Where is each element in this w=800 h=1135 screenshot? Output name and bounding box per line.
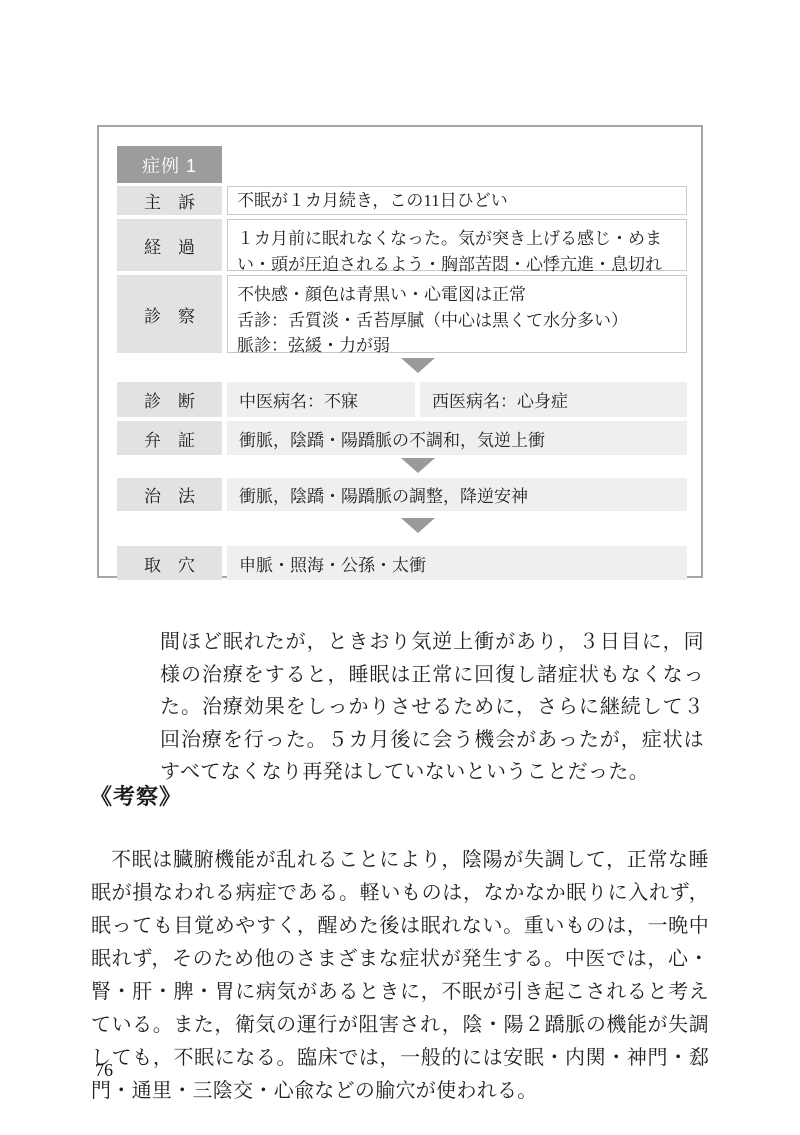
case-table: 症例 1 主 訴 不眠が１カ月続き，この11日ひどい 経 過 １カ月前に眠れなく… [97,125,703,578]
row-chief-complaint: 主 訴 不眠が１カ月続き，この11日ひどい [117,186,687,215]
row-label-pattern-identification: 弁 証 [117,421,222,455]
row-diagnosis: 診 断 中医病名：不寐 西医病名：心身症 [117,382,687,417]
diagnosis-tcm-cell: 中医病名：不寐 [227,382,415,417]
down-arrow-icon [401,518,435,533]
flow-arrow-1 [117,358,687,382]
row-content-selected-points: 申脈・照海・公孫・太衝 [227,546,687,580]
book-page: 症例 1 主 訴 不眠が１カ月続き，この11日ひどい 経 過 １カ月前に眠れなく… [0,0,800,1135]
flow-arrow-2 [117,458,687,478]
examination-line-1: 不快感・顔色は青黒い・心電図は正常 [237,282,677,308]
row-course: 経 過 １カ月前に眠れなくなった。気が突き上げる感じ・めまい・頭が圧迫されるよう… [117,219,687,271]
row-label-diagnosis: 診 断 [117,382,222,417]
row-content-treatment-method: 衝脈，陰蹻・陽蹻脈の調整，降逆安神 [227,478,687,511]
row-examination: 診 察 不快感・顔色は青黒い・心電図は正常 舌診：舌質淡・舌苔厚膩（中心は黒くて… [117,275,687,353]
flow-arrow-3 [117,518,687,546]
diagnosis-cells: 中医病名：不寐 西医病名：心身症 [227,382,687,417]
row-content-examination: 不快感・顔色は青黒い・心電図は正常 舌診：舌質淡・舌苔厚膩（中心は黒くて水分多い… [227,275,687,353]
row-selected-points: 取 穴 申脈・照海・公孫・太衝 [117,546,687,580]
row-label-selected-points: 取 穴 [117,546,222,580]
row-label-course: 経 過 [117,219,222,271]
row-treatment-method: 治 法 衝脈，陰蹻・陽蹻脈の調整，降逆安神 [117,478,687,511]
continuation-paragraph: 間ほど眠れたが，ときおり気逆上衝があり，３日目に，同様の治療をすると，睡眠は正常… [160,626,704,789]
row-label-examination: 診 察 [117,275,222,353]
examination-line-2: 舌診：舌質淡・舌苔厚膩（中心は黒くて水分多い） [237,308,677,334]
row-content-course: １カ月前に眠れなくなった。気が突き上げる感じ・めまい・頭が圧迫されるよう・胸部苦… [227,219,687,271]
row-pattern-identification: 弁 証 衝脈，陰蹻・陽蹻脈の不調和，気逆上衝 [117,421,687,455]
diagnosis-western-cell: 西医病名：心身症 [420,382,687,417]
row-content-chief-complaint: 不眠が１カ月続き，この11日ひどい [227,186,687,215]
row-label-chief-complaint: 主 訴 [117,186,222,215]
row-label-treatment-method: 治 法 [117,478,222,511]
down-arrow-icon [401,358,435,373]
page-number: 76 [95,1060,113,1081]
examination-line-3: 脈診：弦緩・力が弱 [237,333,677,359]
down-arrow-icon [401,458,435,473]
discussion-heading: 《考察》 [90,780,182,811]
row-content-pattern-identification: 衝脈，陰蹻・陽蹻脈の不調和，気逆上衝 [227,421,687,455]
discussion-paragraph: 不眠は臓腑機能が乱れることにより，陰陽が失調して，正常な睡眠が損なわれる病症であ… [91,844,709,1108]
case-title: 症例 1 [117,146,222,183]
